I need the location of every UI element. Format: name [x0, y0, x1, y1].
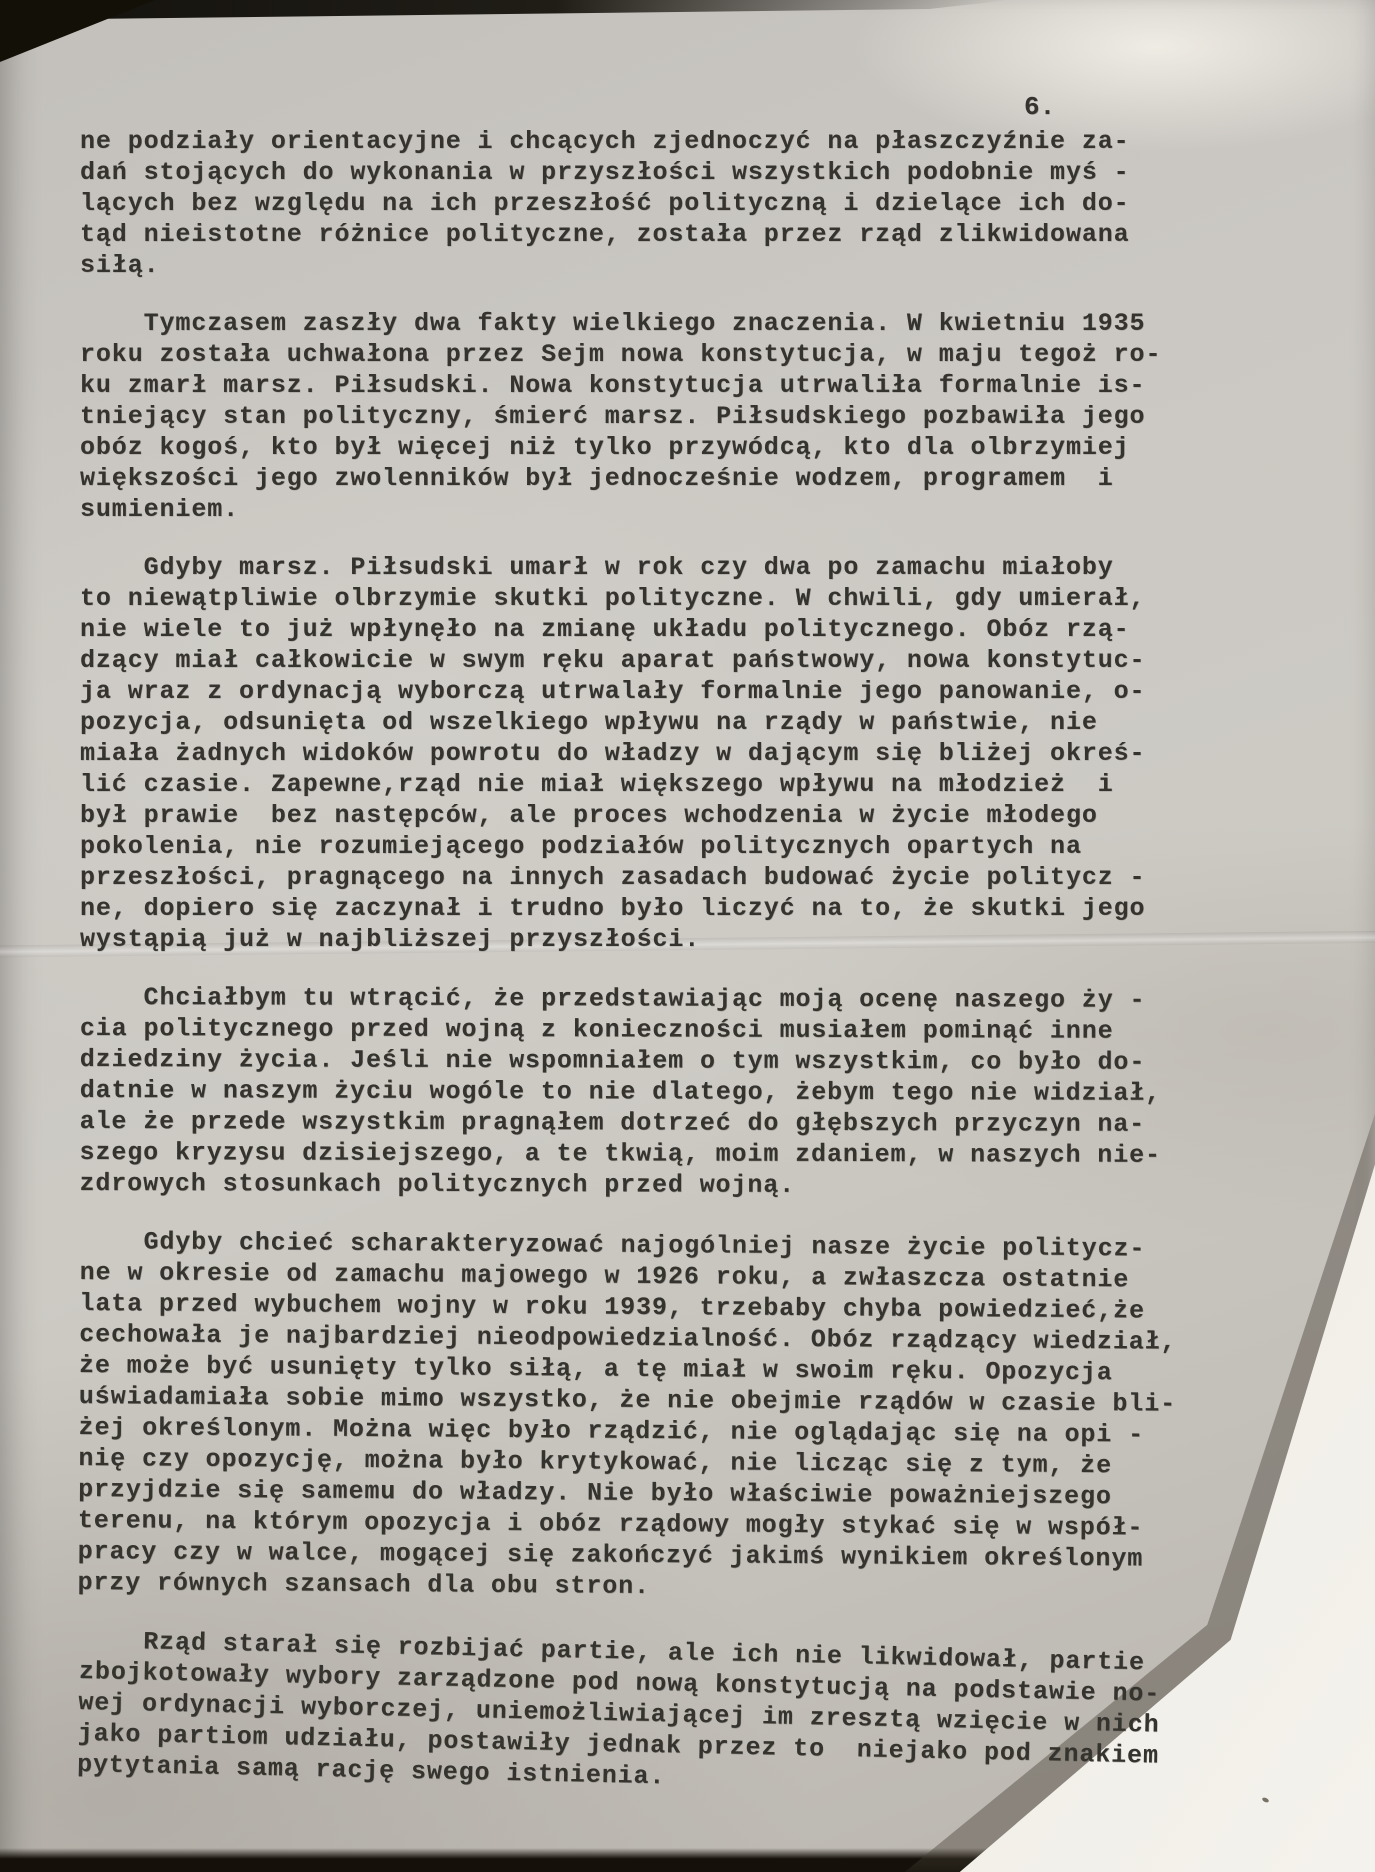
text-line: lić czasie. Zapewne,rząd nie miał większ… — [80, 769, 1340, 800]
paragraph: Rząd starał się rozbijać partie, ale ich… — [77, 1625, 1340, 1806]
text-line: pokolenia, nie rozumiejącego podziałów p… — [80, 831, 1340, 862]
text-line: tąd nieistotne różnice polityczne, zosta… — [80, 219, 1340, 250]
page-number: 6. — [1024, 92, 1055, 122]
text-line: sumieniem. — [80, 494, 1340, 525]
text-line: Tymczasem zaszły dwa fakty wielkiego zna… — [80, 308, 1340, 339]
paragraph: Gdyby marsz. Piłsudski umarł w rok czy d… — [80, 552, 1340, 955]
text-line: lących bez względu na ich przeszłość pol… — [80, 188, 1340, 219]
scan-edge-top-left — [0, 0, 155, 62]
text-line: przeszłości, pragnącego na innych zasada… — [80, 862, 1340, 893]
text-line: był prawie bez następców, ale proces wch… — [80, 800, 1340, 831]
text-line: obóz kogoś, kto był więcej niż tylko prz… — [80, 432, 1340, 463]
paragraph: Tymczasem zaszły dwa fakty wielkiego zna… — [80, 308, 1340, 525]
text-line: Gdyby marsz. Piłsudski umarł w rok czy d… — [80, 552, 1340, 583]
paragraph: ne podziały orientacyjne i chcących zjed… — [80, 126, 1340, 281]
text-line: to niewątpliwie olbrzymie skutki polityc… — [80, 583, 1340, 614]
text-line: dziedziny życia. Jeśli nie wspomniałem o… — [80, 1044, 1340, 1078]
text-line: siłą. — [80, 250, 1340, 281]
text-line: pozycja, odsunięta od wszelkiego wpływu … — [80, 707, 1340, 738]
text-line: Chciałbym tu wtrącić, że przedstawiając … — [80, 982, 1340, 1016]
text-line: datnie w naszym życiu wogóle to nie dlat… — [80, 1075, 1340, 1109]
paragraph: Chciałbym tu wtrącić, że przedstawiając … — [79, 982, 1340, 1202]
text-line: zdrowych stosunkach politycznych przed w… — [79, 1168, 1339, 1202]
text-line: miała żadnych widoków powrotu do władzy … — [80, 738, 1340, 769]
text-line: szego kryzysu dzisiejszego, a te tkwią, … — [80, 1137, 1340, 1171]
text-line: roku została uchwałona przez Sejm nowa k… — [80, 339, 1340, 370]
typewritten-text: ne podziały orientacyjne i chcących zjed… — [80, 126, 1340, 1807]
text-line: ku zmarł marsz. Piłsudski. Nowa konstytu… — [80, 370, 1340, 401]
text-line: ja wraz z ordynacją wyborczą utrwalały f… — [80, 676, 1340, 707]
text-line: dzący miał całkowicie w swym ręku aparat… — [80, 645, 1340, 676]
scanned-document-page: 6. ne podziały orientacyjne i chcących z… — [0, 0, 1375, 1872]
text-line: ne podziały orientacyjne i chcących zjed… — [80, 126, 1340, 157]
paragraph: Gdyby chcieć scharakteryzować najogólnie… — [77, 1226, 1340, 1607]
text-line: dań stojących do wykonania w przyszłości… — [80, 157, 1340, 188]
text-line: większości jego zwolenników był jednocze… — [80, 463, 1340, 494]
text-line: nie wiele to już wpłynęło na zmianę ukła… — [80, 614, 1340, 645]
text-line: cia politycznego przed wojną z konieczno… — [80, 1013, 1340, 1047]
text-line: wystąpią już w najbliższej przyszłości. — [80, 924, 1340, 955]
text-line: ne, dopiero się zaczynał i trudno było l… — [80, 893, 1340, 924]
scan-edge-top — [0, 0, 1010, 20]
text-line: tniejący stan polityczny, śmierć marsz. … — [80, 401, 1340, 432]
text-line: ale że przede wszystkim pragnąłem dotrze… — [80, 1106, 1340, 1140]
